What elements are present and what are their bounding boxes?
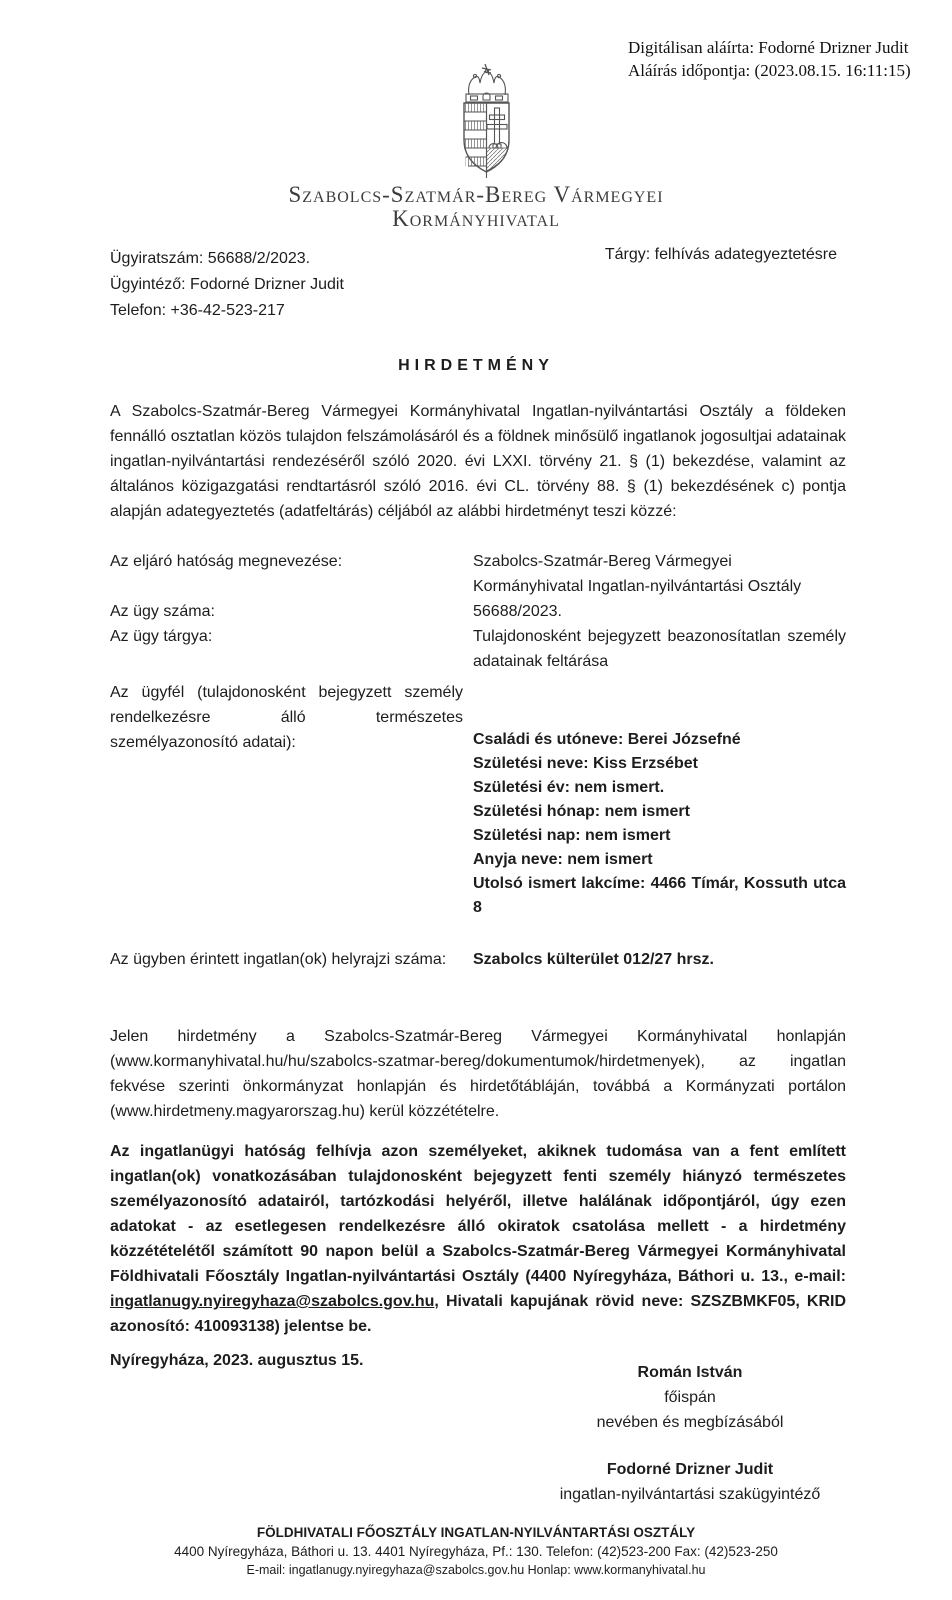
- principal-title: főispán: [520, 1385, 860, 1410]
- notice-paragraph: Az ingatlanügyi hatóság felhívja azon sz…: [110, 1139, 846, 1339]
- intro-paragraph: A Szabolcs-Szatmár-Bereg Vármegyei Kormá…: [110, 399, 846, 524]
- client-label: Az ügyfél (tulajdonosként bejegyzett sze…: [110, 680, 473, 920]
- organization-name: Szabolcs-Szatmár-Bereg Vármegyei Kormány…: [0, 183, 952, 231]
- hungarian-coat-of-arms-icon: [449, 62, 523, 183]
- case-officer: Ügyintéző: Fodorné Drizner Judit: [110, 272, 344, 298]
- signer-title: ingatlan-nyilvántartási szakügyintéző: [520, 1482, 860, 1507]
- client-birth-day: Születési nap: nem ismert: [473, 824, 846, 848]
- document-page: Digitálisan aláírta: Fodorné Drizner Jud…: [0, 0, 952, 1600]
- page-footer: FÖLDHIVATALI FŐOSZTÁLY INGATLAN-NYILVÁNT…: [0, 1523, 952, 1580]
- client-birth-month: Születési hónap: nem ismert: [473, 800, 846, 824]
- office-email: ingatlanugy.nyiregyhaza@szabolcs.gov.hu: [110, 1293, 434, 1310]
- stamp-signed-at: Aláírás időpontja: (2023.08.15. 16:11:15…: [628, 59, 911, 82]
- footer-department: FÖLDHIVATALI FŐOSZTÁLY INGATLAN-NYILVÁNT…: [0, 1523, 952, 1542]
- principal-name: Román István: [520, 1360, 860, 1385]
- notice-text-part1: Az ingatlanügyi hatóság felhívja azon sz…: [110, 1143, 846, 1285]
- case-subject-label: Az ügy tárgya:: [110, 624, 473, 674]
- publication-paragraph: Jelen hirdetmény a Szabolcs-Szatmár-Bere…: [110, 1024, 846, 1124]
- file-number: Ügyiratszám: 56688/2/2023.: [110, 246, 344, 272]
- digital-signature-stamp: Digitálisan aláírta: Fodorné Drizner Jud…: [628, 36, 911, 82]
- footer-address: 4400 Nyíregyháza, Báthori u. 13. 4401 Ny…: [0, 1542, 952, 1561]
- org-name-line2: Kormányhivatal: [0, 207, 952, 231]
- case-phone: Telefon: +36-42-523-217: [110, 298, 344, 324]
- footer-contact: E-mail: ingatlanugy.nyiregyhaza@szabolcs…: [0, 1561, 952, 1580]
- client-mother-name: Anyja neve: nem ismert: [473, 848, 846, 872]
- stamp-signed-by: Digitálisan aláírta: Fodorné Drizner Jud…: [628, 36, 911, 59]
- client-birth-name: Születési neve: Kiss Erzsébet: [473, 752, 846, 776]
- client-last-address: Utolsó ismert lakcíme: 4466 Tímár, Kossu…: [473, 872, 846, 920]
- detail-row-client: Az ügyfél (tulajdonosként bejegyzett sze…: [110, 680, 846, 920]
- on-behalf-text: nevében és megbízásából: [520, 1410, 860, 1435]
- authority-label: Az eljáró hatóság megnevezése:: [110, 549, 473, 599]
- case-number-value: 56688/2023.: [473, 599, 846, 624]
- signer-name: Fodorné Drizner Judit: [520, 1457, 860, 1482]
- document-body: A Szabolcs-Szatmár-Bereg Vármegyei Kormá…: [110, 399, 846, 1373]
- case-info-block: Ügyiratszám: 56688/2/2023. Ügyintéző: Fo…: [110, 246, 344, 324]
- signature-block: Román István főispán nevében és megbízás…: [520, 1360, 860, 1507]
- case-subject-value: Tulajdonosként bejegyzett beazonosítatla…: [473, 624, 846, 674]
- client-birth-year: Születési év: nem ismert.: [473, 776, 846, 800]
- detail-row-case-subject: Az ügy tárgya: Tulajdonosként bejegyzett…: [110, 624, 846, 674]
- detail-row-authority: Az eljáró hatóság megnevezése: Szabolcs-…: [110, 549, 846, 599]
- case-number-label: Az ügy száma:: [110, 599, 473, 624]
- document-title: HIRDETMÉNY: [0, 357, 952, 375]
- property-value: Szabolcs külterület 012/27 hrsz.: [473, 947, 846, 972]
- authority-value: Szabolcs-Szatmár-Bereg Vármegyei Kormány…: [473, 549, 846, 599]
- property-label: Az ügyben érintett ingatlan(ok) helyrajz…: [110, 947, 473, 972]
- client-full-name: Családi és utóneve: Berei Józsefné: [473, 728, 846, 752]
- case-subject-line: Tárgy: felhívás adategyeztetésre: [605, 246, 837, 264]
- org-name-line1: Szabolcs-Szatmár-Bereg Vármegyei: [0, 183, 952, 207]
- client-data-list: Családi és utóneve: Berei Józsefné Szüle…: [473, 680, 846, 920]
- detail-row-case-number: Az ügy száma: 56688/2023.: [110, 599, 846, 624]
- detail-row-property: Az ügyben érintett ingatlan(ok) helyrajz…: [110, 947, 846, 972]
- details-section: Az eljáró hatóság megnevezése: Szabolcs-…: [110, 549, 846, 972]
